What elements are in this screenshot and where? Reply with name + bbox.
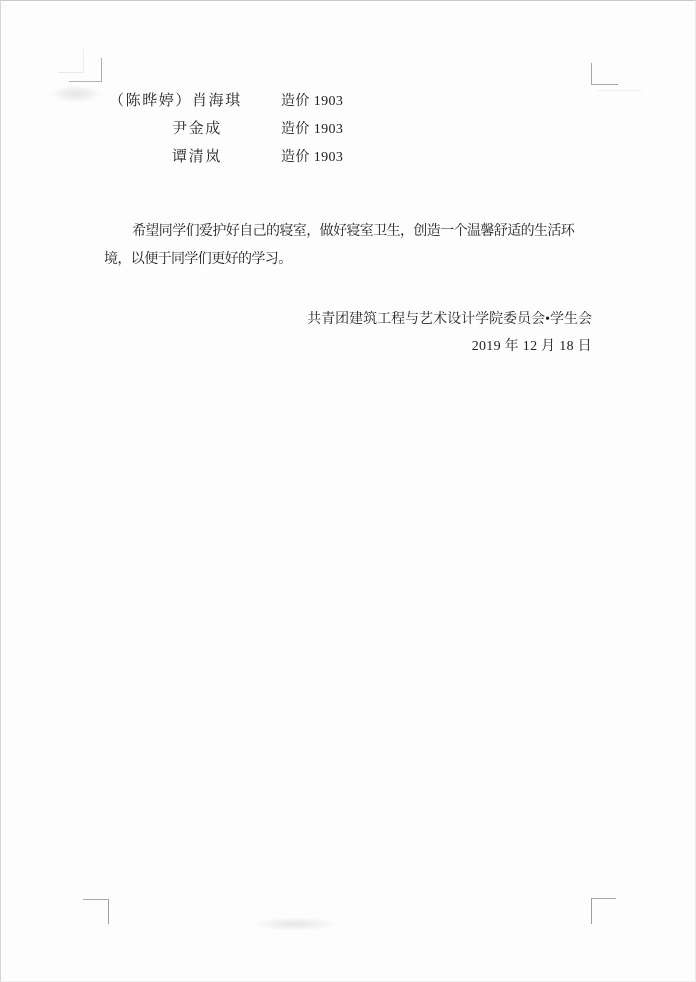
crop-mark-bottom-right [591, 898, 616, 924]
crop-mark-top-right [591, 63, 618, 85]
roommate-prefix: （陈晔婷） [109, 93, 192, 109]
scan-smudge [251, 917, 339, 931]
crop-mark-bottom-left [83, 899, 109, 924]
paragraph-line: 希望同学们爱护好自己的寝室，做好寝室卫生，创造一个温馨舒适的生活环 [104, 218, 604, 246]
scan-ghost-mark [58, 49, 84, 73]
paragraph-line: 境，以便于同学们更好的学习。 [104, 246, 604, 274]
class-label: 造价 1903 [281, 146, 343, 166]
organization-name: 共青团建筑工程与艺术设计学院委员会•学生会 [307, 306, 592, 333]
name-row: （陈晔婷）肖海琪 造价 1903 [1, 89, 695, 109]
closing-paragraph: 希望同学们爱护好自己的寝室，做好寝室卫生，创造一个温馨舒适的生活环 境，以便于同… [104, 218, 604, 274]
class-label: 造价 1903 [281, 90, 343, 110]
student-name: 谭清岚 [172, 149, 222, 165]
signature-block: 共青团建筑工程与艺术设计学院委员会•学生会 2019 年 12 月 18 日 [307, 306, 592, 360]
student-name: 肖海琪 [192, 93, 242, 109]
name-row: 尹金成 造价 1903 [1, 117, 695, 137]
document-page: （陈晔婷）肖海琪 造价 1903 尹金成 造价 1903 谭清岚 造价 1903… [0, 0, 696, 982]
class-label: 造价 1903 [281, 118, 343, 138]
student-name-line: 谭清岚 [172, 145, 222, 166]
signature-date: 2019 年 12 月 18 日 [307, 333, 592, 360]
student-name: 尹金成 [172, 121, 222, 137]
name-row: 谭清岚 造价 1903 [1, 145, 695, 165]
student-name-line: 尹金成 [172, 117, 222, 138]
student-name-line: （陈晔婷）肖海琪 [109, 89, 242, 110]
